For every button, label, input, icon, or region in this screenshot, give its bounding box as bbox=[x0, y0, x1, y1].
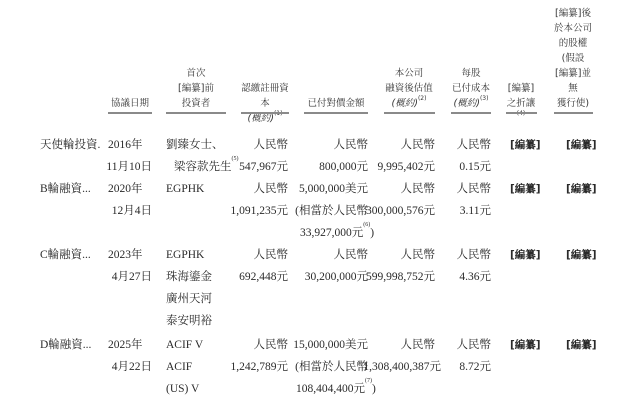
capital-currency: 人民幣 bbox=[200, 178, 288, 200]
header-rule-holding bbox=[554, 112, 593, 114]
holding-redacted: [編纂] bbox=[566, 178, 597, 200]
header-date: 協議日期 bbox=[108, 96, 152, 111]
holding-redacted: [編纂] bbox=[566, 134, 597, 156]
valuation-amount: 599,998,752元 bbox=[340, 266, 435, 288]
capital-currency: 人民幣 bbox=[200, 334, 288, 356]
holding-redacted: [編纂] bbox=[566, 334, 597, 356]
valuation-amount: 9,995,402元 bbox=[340, 156, 435, 178]
date-day: 12月4日 bbox=[100, 200, 152, 222]
capital-amount: 692,448元 bbox=[200, 266, 288, 288]
round-label: C輪融資... bbox=[40, 244, 91, 266]
date-day: 11月10日 bbox=[100, 156, 152, 178]
date-year: 2025年 bbox=[108, 334, 143, 356]
date-year: 2016年 bbox=[108, 134, 143, 156]
header-rule-discount bbox=[506, 112, 537, 114]
capital-currency: 人民幣 bbox=[200, 244, 288, 266]
investor-name: EGPHK bbox=[166, 244, 204, 266]
header-capital: 認繳註冊資本 (概約)(1) bbox=[240, 81, 290, 126]
cost-currency: 人民幣 bbox=[440, 178, 491, 200]
cost-currency: 人民幣 bbox=[440, 244, 491, 266]
cost-amount: 4.36元 bbox=[440, 266, 491, 288]
capital-amount: 547,967元 bbox=[200, 156, 288, 178]
header-discount: [編纂] 之折讓(4) bbox=[505, 81, 537, 126]
valuation-amount: 1,308,400,387元 bbox=[340, 356, 441, 378]
date-day: 4月27日 bbox=[100, 266, 152, 288]
holding-redacted: [編纂] bbox=[566, 244, 597, 266]
header-rule-capital bbox=[241, 112, 289, 114]
investor-name: EGPHK bbox=[166, 178, 204, 200]
date-day: 4月22日 bbox=[100, 356, 152, 378]
header-valuation: 本公司 融資後估值 (概約)(2) bbox=[383, 66, 435, 111]
discount-redacted: [編纂] bbox=[510, 334, 541, 356]
header-rule-cost bbox=[451, 112, 491, 114]
header-rule-valuation bbox=[384, 112, 435, 114]
date-year: 2023年 bbox=[108, 244, 143, 266]
cost-currency: 人民幣 bbox=[440, 334, 491, 356]
header-paid: 已付對價金額 bbox=[302, 96, 370, 111]
investor-name: 廣州天河 bbox=[166, 288, 212, 310]
cost-currency: 人民幣 bbox=[440, 134, 491, 156]
valuation-currency: 人民幣 bbox=[340, 244, 435, 266]
investor-name: ACIF V bbox=[166, 334, 203, 356]
cost-amount: 8.72元 bbox=[440, 356, 491, 378]
valuation-amount: 300,000,576元 bbox=[340, 200, 435, 222]
header-rule-date bbox=[108, 112, 152, 114]
paid-equivalent-rmb: 33,927,000元(6)) bbox=[300, 222, 374, 244]
discount-redacted: [編纂] bbox=[510, 178, 541, 200]
paid-equivalent-rmb: 108,404,400元(7)) bbox=[296, 378, 376, 400]
capital-currency: 人民幣 bbox=[200, 134, 288, 156]
discount-redacted: [編纂] bbox=[510, 244, 541, 266]
header-rule-paid bbox=[304, 112, 368, 114]
round-label: B輪融資... bbox=[40, 178, 91, 200]
valuation-currency: 人民幣 bbox=[340, 134, 435, 156]
capital-amount: 1,242,789元 bbox=[200, 356, 288, 378]
round-label: D輪融資... bbox=[40, 334, 91, 356]
valuation-currency: 人民幣 bbox=[340, 178, 435, 200]
investor-name: ACIF bbox=[166, 356, 192, 378]
round-label: 天使輪投資. bbox=[40, 134, 100, 156]
header-cost: 每股 已付成本 (概約)(3) bbox=[450, 66, 492, 111]
discount-redacted: [編纂] bbox=[510, 134, 541, 156]
header-holding: [編纂]後 於本公司 的股權 (假設 [編纂]並無 獲行使) bbox=[552, 6, 594, 111]
header-rule-investor bbox=[166, 112, 226, 114]
investor-name: (US) V bbox=[166, 378, 199, 400]
capital-amount: 1,091,235元 bbox=[200, 200, 288, 222]
date-year: 2020年 bbox=[108, 178, 143, 200]
valuation-currency: 人民幣 bbox=[340, 334, 435, 356]
cost-amount: 0.15元 bbox=[440, 156, 491, 178]
investor-name: 泰安明裕 bbox=[166, 310, 212, 332]
cost-amount: 3.11元 bbox=[440, 200, 491, 222]
header-investor: 首次 [編纂]前 投資者 bbox=[166, 66, 226, 111]
